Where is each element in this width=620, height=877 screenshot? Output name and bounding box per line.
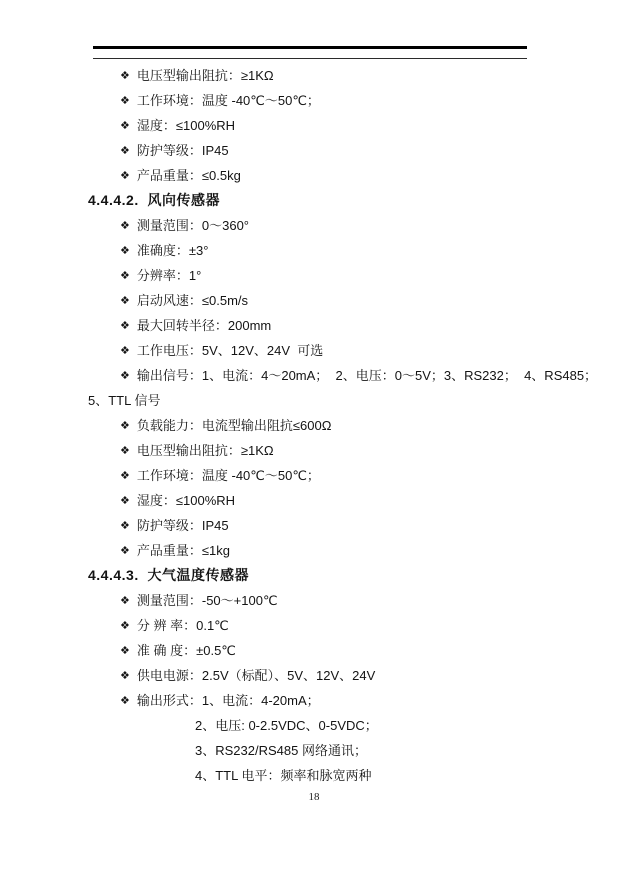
line-text: 2、电压: 0-2.5VDC、0-5VDC； [195,718,378,733]
line-text: 准 确 度：±0.5℃ [137,643,236,658]
document-page: ❖电压型输出阻抗：≥1KΩ❖工作环境：温度 -40℃～50℃；❖湿度：≤100%… [0,0,620,877]
line-text: 测量范围：0～360° [137,218,249,233]
spec-bullet-line: ❖防护等级：IP45 [88,513,568,538]
document-content: ❖电压型输出阻抗：≥1KΩ❖工作环境：温度 -40℃～50℃；❖湿度：≤100%… [88,63,568,788]
diamond-bullet-icon: ❖ [120,164,130,189]
diamond-bullet-icon: ❖ [120,214,130,239]
diamond-bullet-icon: ❖ [120,614,130,639]
spec-bullet-line: ❖工作环境：温度 -40℃～50℃； [88,88,568,113]
spec-bullet-line: ❖准确度：±3° [88,238,568,263]
line-text: 最大回转半径：200mm [137,318,271,333]
diamond-bullet-icon: ❖ [120,664,130,689]
diamond-bullet-icon: ❖ [120,314,130,339]
diamond-bullet-icon: ❖ [120,489,130,514]
line-text: 启动风速：≤0.5m/s [137,293,248,308]
line-text: 准确度：±3° [137,243,209,258]
header-rule-thin [93,58,527,59]
heading-text: 4.4.4.2. 风向传感器 [88,192,220,208]
spec-bullet-line: ❖输出信号：1、电流：4～20mA； 2、电压：0～5V；3、RS232； 4、… [88,363,568,388]
section-heading: 4.4.4.3. 大气温度传感器 [88,563,568,588]
section-heading: 4.4.4.2. 风向传感器 [88,188,568,213]
diamond-bullet-icon: ❖ [120,89,130,114]
line-text: 电压型输出阻抗：≥1KΩ [137,443,274,458]
diamond-bullet-icon: ❖ [120,64,130,89]
line-text: 分辨率：1° [137,268,201,283]
sub-item-line: 2、电压: 0-2.5VDC、0-5VDC； [88,713,568,738]
line-text: 湿度：≤100%RH [137,118,235,133]
line-text: 工作电压：5V、12V、24V 可选 [137,343,323,358]
diamond-bullet-icon: ❖ [120,439,130,464]
spec-bullet-line: ❖湿度：≤100%RH [88,488,568,513]
line-text: 防护等级：IP45 [137,518,229,533]
spec-bullet-line: ❖供电电源：2.5V（标配）、5V、12V、24V [88,663,568,688]
page-footer: 18 [88,787,540,805]
spec-bullet-line: ❖电压型输出阻抗：≥1KΩ [88,63,568,88]
spec-bullet-line: ❖输出形式：1、电流：4-20mA； [88,688,568,713]
sub-item-line: 3、RS232/RS485 网络通讯； [88,738,568,763]
spec-bullet-line: ❖测量范围：0～360° [88,213,568,238]
diamond-bullet-icon: ❖ [120,264,130,289]
diamond-bullet-icon: ❖ [120,464,130,489]
line-text: 3、RS232/RS485 网络通讯； [195,743,367,758]
page-number: 18 [309,791,320,803]
sub-item-line: 4、TTL 电平：频率和脉宽两种 [88,763,568,788]
diamond-bullet-icon: ❖ [120,339,130,364]
diamond-bullet-icon: ❖ [120,539,130,564]
line-text: 测量范围：-50～+100℃ [137,593,278,608]
spec-bullet-line: ❖电压型输出阻抗：≥1KΩ [88,438,568,463]
spec-bullet-line: ❖准 确 度：±0.5℃ [88,638,568,663]
line-text: 工作环境：温度 -40℃～50℃； [137,468,320,483]
diamond-bullet-icon: ❖ [120,289,130,314]
spec-bullet-line: ❖分 辨 率：0.1℃ [88,613,568,638]
spec-bullet-line: ❖湿度：≤100%RH [88,113,568,138]
spec-bullet-line: ❖防护等级：IP45 [88,138,568,163]
line-text: 输出信号：1、电流：4～20mA； 2、电压：0～5V；3、RS232； 4、R… [137,368,597,383]
diamond-bullet-icon: ❖ [120,639,130,664]
line-text: 产品重量：≤0.5kg [137,168,241,183]
spec-bullet-line: ❖负载能力：电流型输出阻抗≤600Ω [88,413,568,438]
line-text: 供电电源：2.5V（标配）、5V、12V、24V [137,668,375,683]
header-rule-thick [93,46,527,49]
heading-text: 4.4.4.3. 大气温度传感器 [88,567,249,583]
line-text: 工作环境：温度 -40℃～50℃； [137,93,320,108]
wrapped-continuation-line: 5、TTL 信号 [88,388,568,413]
spec-bullet-line: ❖工作环境：温度 -40℃～50℃； [88,463,568,488]
line-text: 4、TTL 电平：频率和脉宽两种 [195,768,371,783]
spec-bullet-line: ❖分辨率：1° [88,263,568,288]
line-text: 湿度：≤100%RH [137,493,235,508]
spec-bullet-line: ❖测量范围：-50～+100℃ [88,588,568,613]
line-text: 防护等级：IP45 [137,143,229,158]
diamond-bullet-icon: ❖ [120,689,130,714]
diamond-bullet-icon: ❖ [120,114,130,139]
spec-bullet-line: ❖产品重量：≤1kg [88,538,568,563]
diamond-bullet-icon: ❖ [120,364,130,389]
spec-bullet-line: ❖工作电压：5V、12V、24V 可选 [88,338,568,363]
spec-bullet-line: ❖启动风速：≤0.5m/s [88,288,568,313]
diamond-bullet-icon: ❖ [120,239,130,264]
line-text: 输出形式：1、电流：4-20mA； [137,693,320,708]
spec-bullet-line: ❖最大回转半径：200mm [88,313,568,338]
spec-bullet-line: ❖产品重量：≤0.5kg [88,163,568,188]
line-text: 负载能力：电流型输出阻抗≤600Ω [137,418,332,433]
diamond-bullet-icon: ❖ [120,414,130,439]
line-text: 电压型输出阻抗：≥1KΩ [137,68,274,83]
line-text: 分 辨 率：0.1℃ [137,618,229,633]
diamond-bullet-icon: ❖ [120,589,130,614]
diamond-bullet-icon: ❖ [120,139,130,164]
diamond-bullet-icon: ❖ [120,514,130,539]
line-text: 产品重量：≤1kg [137,543,230,558]
line-text: 5、TTL 信号 [88,393,160,408]
